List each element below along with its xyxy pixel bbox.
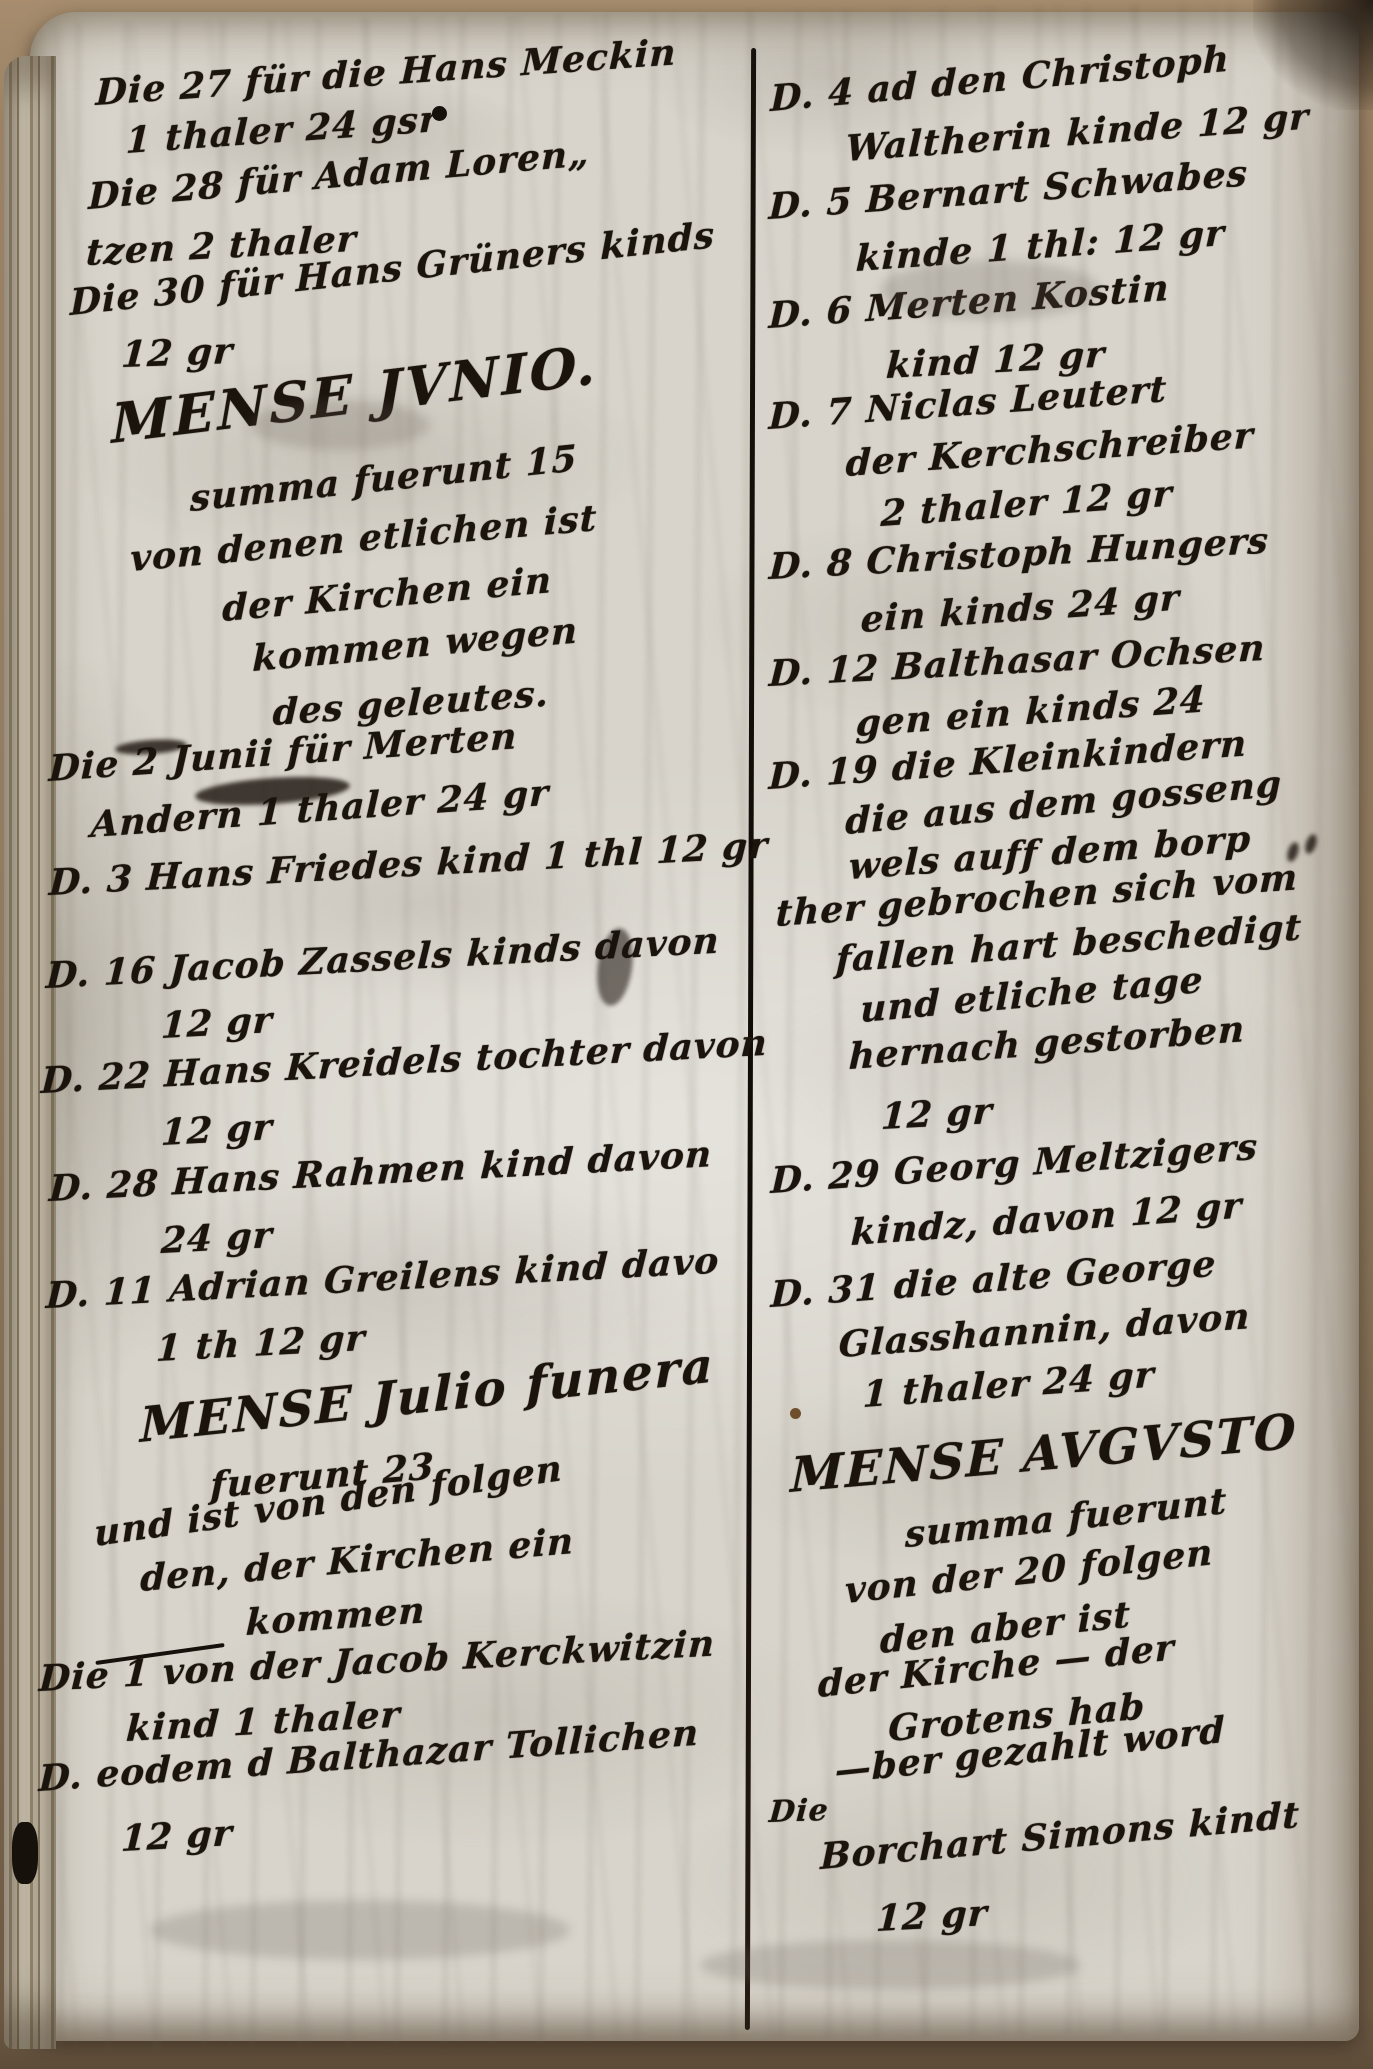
- manuscript-line: 12 gr: [160, 1106, 274, 1154]
- manuscript-line: 12 gr: [120, 1812, 234, 1860]
- stain: [250, 400, 430, 450]
- manuscript-line: 24 gr: [160, 1214, 274, 1262]
- stain: [700, 1940, 1080, 1990]
- stain: [150, 1900, 570, 1960]
- manuscript-line: 12 gr: [880, 1090, 994, 1138]
- page-stack-edge: [4, 56, 56, 2049]
- ink-blot: [12, 1822, 38, 1884]
- manuscript-line: 12 gr: [875, 1892, 989, 1940]
- manuscript-line: 12 gr: [120, 330, 235, 376]
- manuscript-photo: Die 27 für die Hans Meckin 1 thaler 24 g…: [0, 0, 1373, 2069]
- manuscript-line: Die: [768, 1793, 830, 1830]
- stain: [880, 260, 1100, 320]
- manuscript-line: 12 gr: [160, 999, 274, 1047]
- rust-spot: [790, 1408, 801, 1419]
- ink-blot: [432, 106, 447, 121]
